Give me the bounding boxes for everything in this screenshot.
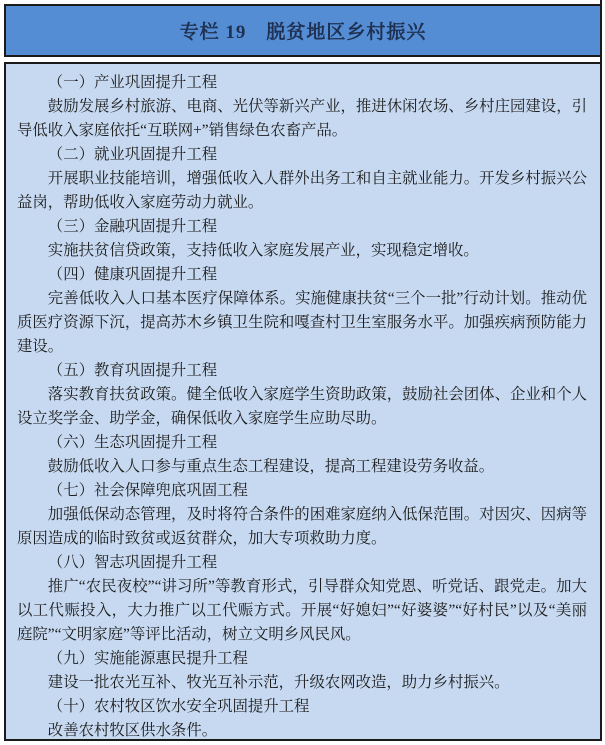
section-body: 完善低收入人口基本医疗保障体系。实施健康扶贫“三个一批”行动计划。推动优质医疗资… <box>17 287 587 359</box>
section-body: 实施扶贫信贷政策，支持低收入家庭发展产业，实现稳定增收。 <box>17 239 587 263</box>
panel-title: 专栏 19 脱贫地区乡村振兴 <box>180 17 427 44</box>
section: （八）智志巩固提升工程 推广“农民夜校”“讲习所”等教育形式，引导群众知党恩、听… <box>17 551 587 647</box>
section-body: 开展职业技能培训，增强低收入人群外出务工和自主就业能力。开发乡村振兴公益岗，帮助… <box>17 167 587 215</box>
column-panel-header: 专栏 19 脱贫地区乡村振兴 <box>4 4 602 57</box>
section: （四）健康巩固提升工程 完善低收入人口基本医疗保障体系。实施健康扶贫“三个一批”… <box>17 263 587 359</box>
section-body: 鼓励发展乡村旅游、电商、光伏等新兴产业，推进休闲农场、乡村庄园建设，引导低收入家… <box>17 95 587 143</box>
section-body: 加强低保动态管理，及时将符合条件的困难家庭纳入低保范围。对因灾、因病等原因造成的… <box>17 503 587 551</box>
column-panel-body: （一）产业巩固提升工程 鼓励发展乡村旅游、电商、光伏等新兴产业，推进休闲农场、乡… <box>4 62 602 741</box>
section-body: 建设一批农光互补、牧光互补示范，升级农网改造，助力乡村振兴。 <box>17 671 587 695</box>
section: （一）产业巩固提升工程 鼓励发展乡村旅游、电商、光伏等新兴产业，推进休闲农场、乡… <box>17 71 587 143</box>
section-heading: （八）智志巩固提升工程 <box>17 551 587 575</box>
section: （七）社会保障兜底巩固工程 加强低保动态管理，及时将符合条件的困难家庭纳入低保范… <box>17 479 587 551</box>
section-list: （一）产业巩固提升工程 鼓励发展乡村旅游、电商、光伏等新兴产业，推进休闲农场、乡… <box>17 71 587 741</box>
section: （九）实施能源惠民提升工程 建设一批农光互补、牧光互补示范，升级农网改造，助力乡… <box>17 647 587 695</box>
section-heading: （十）农村牧区饮水安全巩固提升工程 <box>17 695 587 719</box>
section: （二）就业巩固提升工程 开展职业技能培训，增强低收入人群外出务工和自主就业能力。… <box>17 143 587 215</box>
section-heading: （六）生态巩固提升工程 <box>17 431 587 455</box>
section-heading: （一）产业巩固提升工程 <box>17 71 587 95</box>
section-body: 推广“农民夜校”“讲习所”等教育形式，引导群众知党恩、听党话、跟党走。加大以工代… <box>17 575 587 647</box>
section-heading: （九）实施能源惠民提升工程 <box>17 647 587 671</box>
section: （五）教育巩固提升工程 落实教育扶贫政策。健全低收入家庭学生资助政策，鼓励社会团… <box>17 359 587 431</box>
section: （十）农村牧区饮水安全巩固提升工程 改善农村牧区供水条件。 <box>17 695 587 741</box>
section-body: 落实教育扶贫政策。健全低收入家庭学生资助政策，鼓励社会团体、企业和个人设立奖学金… <box>17 383 587 431</box>
section: （六）生态巩固提升工程 鼓励低收入人口参与重点生态工程建设，提高工程建设劳务收益… <box>17 431 587 479</box>
document-page: 专栏 19 脱贫地区乡村振兴 （一）产业巩固提升工程 鼓励发展乡村旅游、电商、光… <box>0 0 605 745</box>
section-heading: （三）金融巩固提升工程 <box>17 215 587 239</box>
section-heading: （七）社会保障兜底巩固工程 <box>17 479 587 503</box>
section-heading: （五）教育巩固提升工程 <box>17 359 587 383</box>
section-body: 改善农村牧区供水条件。 <box>17 719 587 741</box>
section-heading: （四）健康巩固提升工程 <box>17 263 587 287</box>
section-body: 鼓励低收入人口参与重点生态工程建设，提高工程建设劳务收益。 <box>17 455 587 479</box>
section-heading: （二）就业巩固提升工程 <box>17 143 587 167</box>
section: （三）金融巩固提升工程 实施扶贫信贷政策，支持低收入家庭发展产业，实现稳定增收。 <box>17 215 587 263</box>
